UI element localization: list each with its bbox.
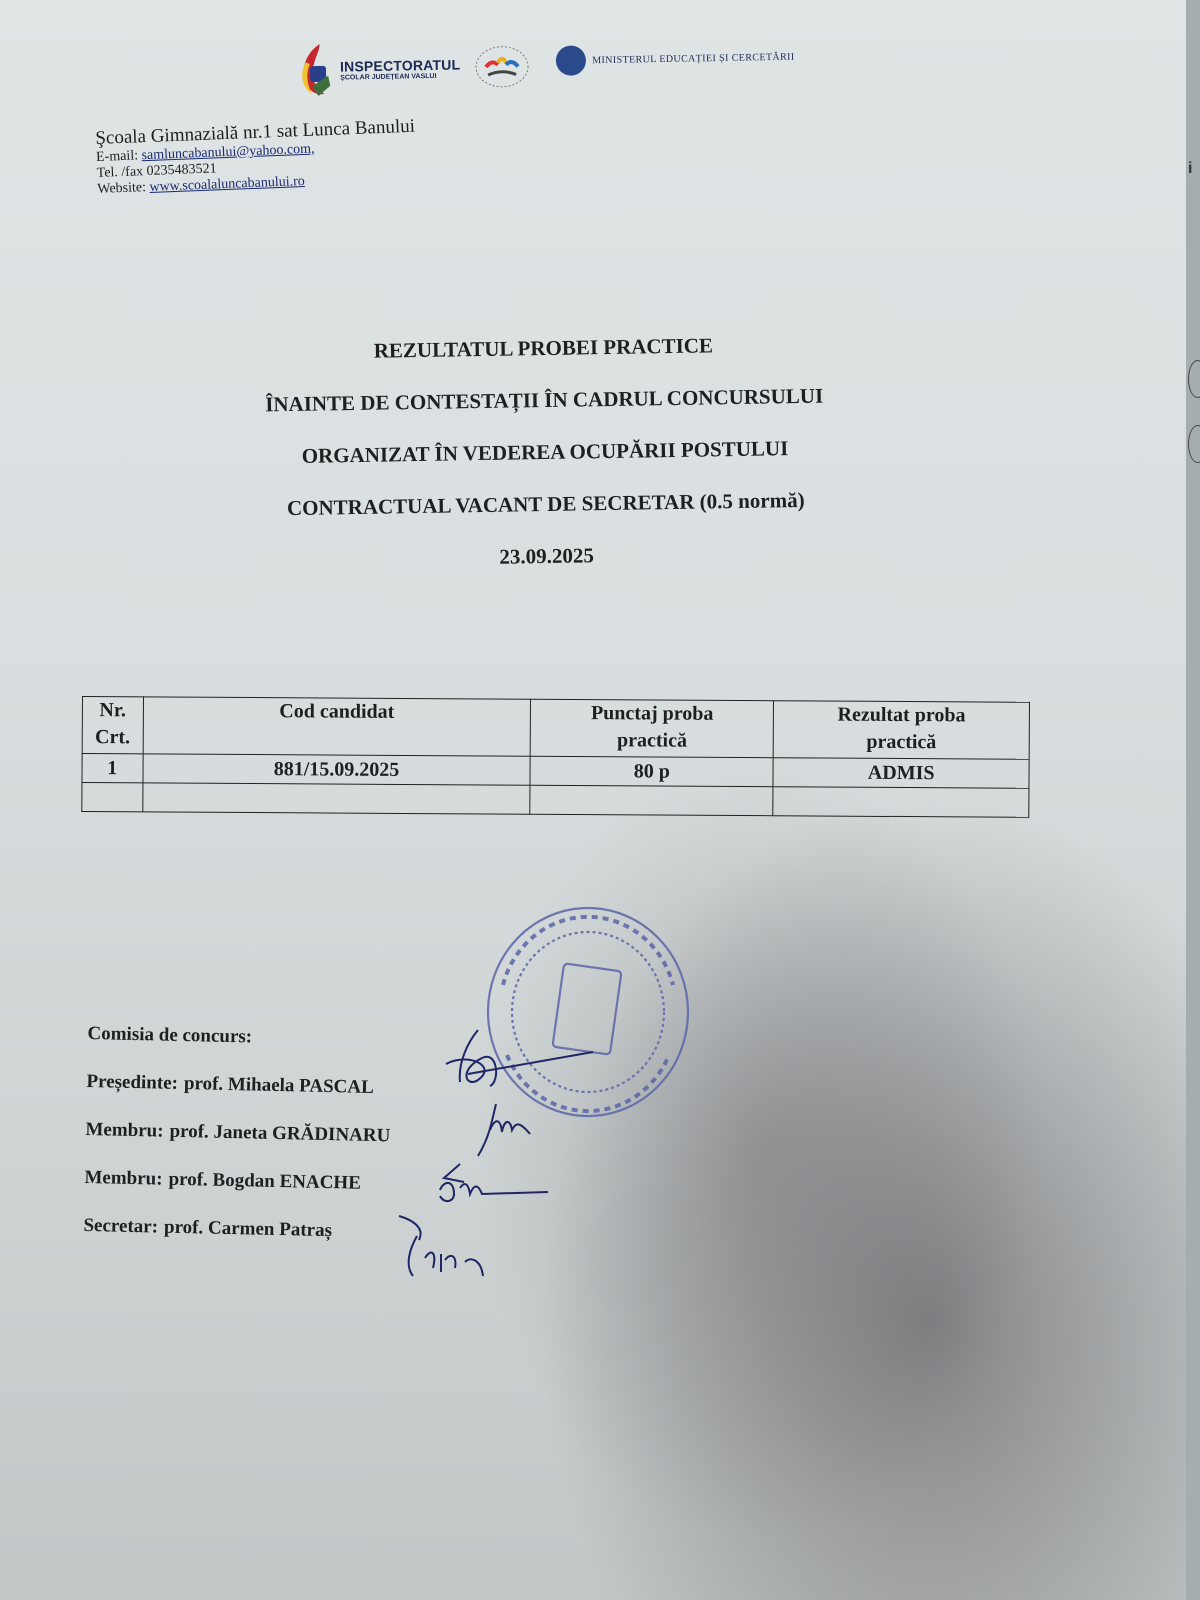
signature-member1-icon (470, 1100, 560, 1160)
school-emblem-logo-icon (474, 44, 531, 89)
commission-list: Comisia de concurs: Președinte:prof. Mih… (83, 1010, 393, 1256)
isj-vaslui-logo-icon (298, 42, 335, 99)
signature-secretary-icon (395, 1210, 495, 1285)
isj-logo: INSPECTORATUL ȘCOLAR JUDEȚEAN VASLUI (298, 40, 461, 99)
results-table: Nr.Crt. Cod candidat Punctaj probapracti… (81, 696, 1030, 818)
ministry-logo: MINISTERUL EDUCAȚIEI ȘI CERCETĂRII (556, 42, 795, 76)
commission-member: Președinte:prof. Mihaela PASCAL (86, 1058, 392, 1112)
table-row-empty (82, 783, 1029, 818)
header-logos: INSPECTORATUL ȘCOLAR JUDEȚEAN VASLUI MIN… (298, 34, 796, 99)
school-address-block: Şcoala Gimnazială nr.1 sat Lunca Banului… (95, 116, 417, 198)
result-status: ADMIS (773, 758, 1029, 789)
col-nr-crt: Nr.Crt. (82, 697, 143, 754)
table-header-row: Nr.Crt. Cod candidat Punctaj probapracti… (82, 697, 1029, 760)
signature-president-icon (438, 1022, 598, 1102)
document-date: 23.09.2025 (201, 525, 892, 588)
document-title: REZULTATUL PROBEI PRACTICE ÎNAINTE DE CO… (198, 317, 892, 588)
col-cod-candidat: Cod candidat (143, 697, 531, 756)
ministry-seal-icon (556, 45, 587, 76)
underlying-page-edge: i (1186, 0, 1200, 1600)
commission-heading: Comisia de concurs: (87, 1010, 393, 1064)
col-punctaj: Punctaj probapractică (530, 699, 773, 757)
signature-member2-icon (430, 1160, 560, 1210)
commission-member: Secretar:prof. Carmen Patraș (83, 1202, 389, 1256)
commission-member: Membru:prof. Bogdan ENACHE (84, 1154, 390, 1208)
commission-member: Membru:prof. Janeta GRĂDINARU (85, 1106, 391, 1160)
col-rezultat: Rezultat probapractică (773, 701, 1029, 760)
